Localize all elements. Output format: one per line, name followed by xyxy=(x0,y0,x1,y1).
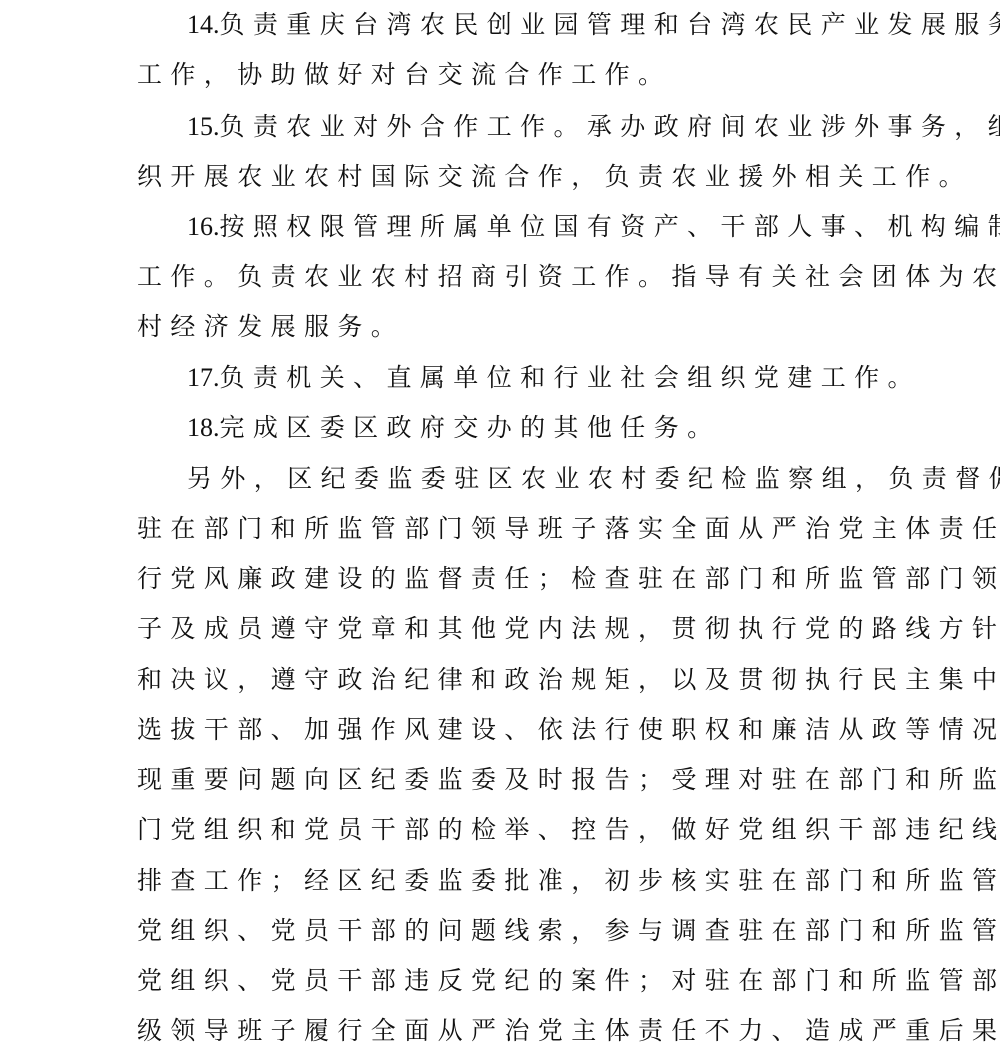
paragraph-line: 14.负责重庆台湾农民创业园管理和台湾农民产业发展服务 xyxy=(187,0,1000,50)
paragraph-line: 门党组织和党员干部的检举、控告，做好党组织干部违纪线索的 xyxy=(137,805,1000,855)
item-number: 15. xyxy=(187,112,220,141)
paragraph-line: 村经济发展服务。 xyxy=(137,302,404,352)
item-number: 16. xyxy=(187,212,220,241)
paragraph-line: 党组织、党员干部违反党纪的案件；对驻在部门和所监管部门各 xyxy=(137,956,1000,1006)
item-number: 14. xyxy=(187,10,220,39)
paragraph-line: 级领导班子履行全面从严治党主体责任不力、造成严重后果的、 xyxy=(137,1006,1000,1056)
paragraph-line: 工作，协助做好对台交流合作工作。 xyxy=(137,50,671,100)
paragraph-line: 行党风廉政建设的监督责任；检查驻在部门和所监管部门领导班 xyxy=(137,554,1000,604)
paragraph-line: 驻在部门和所监管部门领导班子落实全面从严治党主体责任，履 xyxy=(137,504,1000,554)
paragraph-text: 负责农业对外合作工作。承办政府间农业涉外事务，组 xyxy=(220,112,1000,141)
paragraph-line: 16.按照权限管理所属单位国有资产、干部人事、机构编制 xyxy=(187,202,1000,252)
paragraph-line: 另外，区纪委监委驻区农业农村委纪检监察组，负责督促 xyxy=(187,454,1000,504)
paragraph-line: 和决议，遵守政治纪律和政治规矩，以及贯彻执行民主集中制、 xyxy=(137,655,1000,705)
item-number: 17. xyxy=(187,363,220,392)
paragraph-line: 18.完成区委区政府交办的其他任务。 xyxy=(187,403,721,453)
paragraph-line: 选拔干部、加强作风建设、依法行使职权和廉洁从政等情况，发 xyxy=(137,705,1000,755)
paragraph-line: 17.负责机关、直属单位和行业社会组织党建工作。 xyxy=(187,353,921,403)
paragraph-line: 排查工作；经区纪委监委批准，初步核实驻在部门和所监管部门 xyxy=(137,856,1000,906)
paragraph-line: 工作。负责农业农村招商引资工作。指导有关社会团体为农业农 xyxy=(137,252,1000,302)
item-number: 18. xyxy=(187,413,220,442)
paragraph-line: 15.负责农业对外合作工作。承办政府间农业涉外事务，组 xyxy=(187,102,1000,152)
paragraph-line: 子及成员遵守党章和其他党内法规，贯彻执行党的路线方针政策 xyxy=(137,604,1000,654)
paragraph-line: 党组织、党员干部的问题线索，参与调查驻在部门和所监管部门 xyxy=(137,906,1000,956)
paragraph-text: 负责机关、直属单位和行业社会组织党建工作。 xyxy=(220,363,921,392)
paragraph-line: 现重要问题向区纪委监委及时报告；受理对驻在部门和所监管部 xyxy=(137,755,1000,805)
paragraph-line: 织开展农业农村国际交流合作，负责农业援外相关工作。 xyxy=(137,152,972,202)
paragraph-text: 负责重庆台湾农民创业园管理和台湾农民产业发展服务 xyxy=(220,10,1000,39)
paragraph-text: 完成区委区政府交办的其他任务。 xyxy=(220,413,721,442)
paragraph-text: 按照权限管理所属单位国有资产、干部人事、机构编制 xyxy=(220,212,1000,241)
